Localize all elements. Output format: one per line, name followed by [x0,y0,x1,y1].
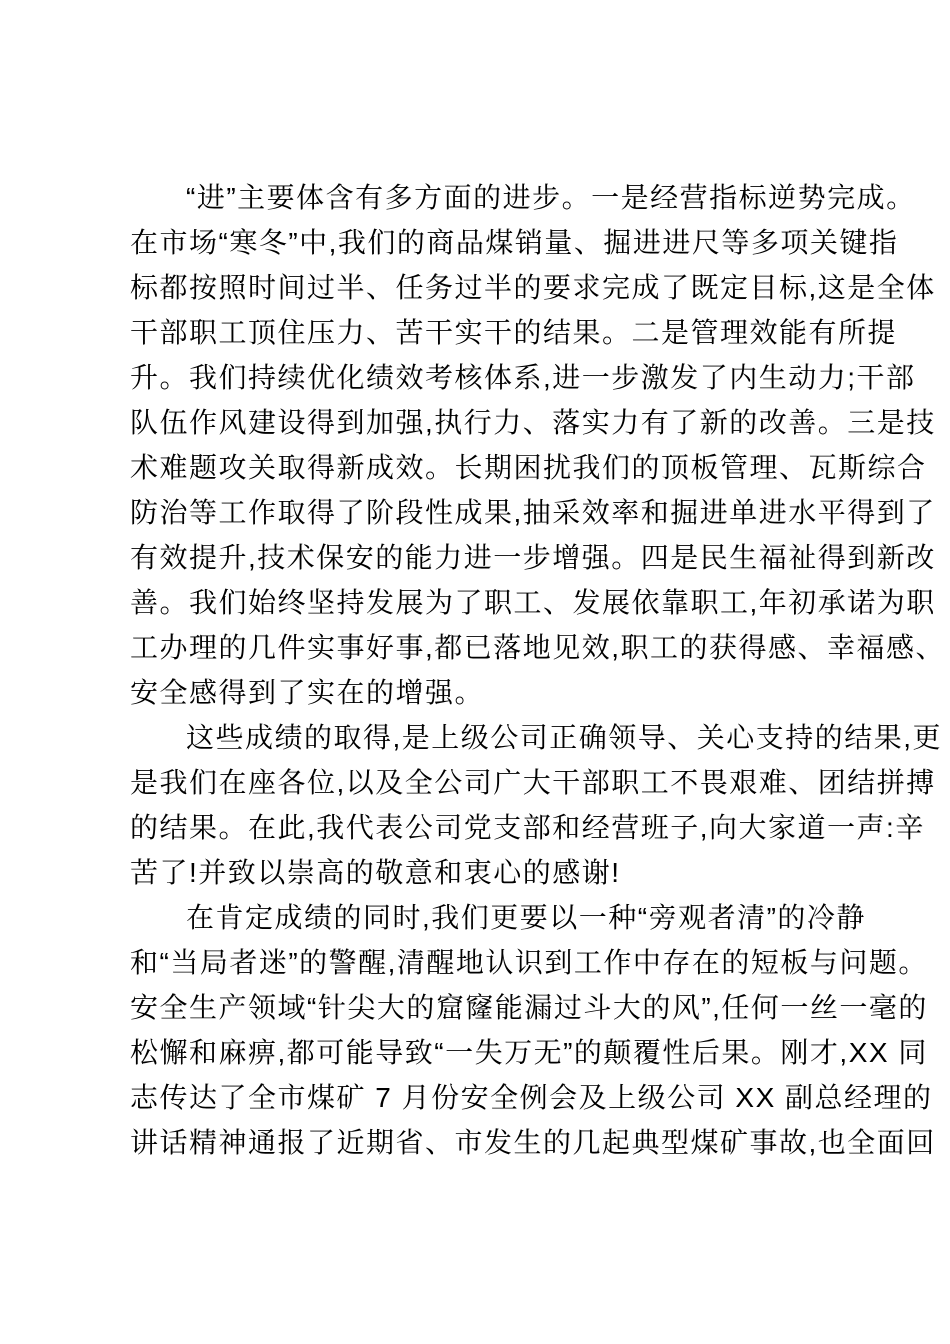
text-line: 安全生产领域“针尖大的窟窿能漏过斗大的风”,任何一丝一毫的 [130,985,842,1030]
text-line: “进”主要体含有多方面的进步。一是经营指标逆势完成。 [130,175,842,220]
paragraph-thanks: 这些成绩的取得,是上级公司正确领导、关心支持的结果,更 是我们在座各位,以及全公… [130,715,842,895]
text-line: 干部职工顶住压力、苦干实干的结果。二是管理效能有所提 [130,310,842,355]
text-line: 升。我们持续优化绩效考核体系,进一步激发了内生动力;干部 [130,355,842,400]
text-line: 和“当局者迷”的警醒,清醒地认识到工作中存在的短板与问题。 [130,940,842,985]
text-line: 防治等工作取得了阶段性成果,抽采效率和掘进单进水平得到了 [130,490,842,535]
paragraph-problems: 在肯定成绩的同时,我们更要以一种“旁观者清”的冷静 和“当局者迷”的警醒,清醒地… [130,895,842,1165]
text-line: 善。我们始终坚持发展为了职工、发展依靠职工,年初承诺为职 [130,580,842,625]
document-page: “进”主要体含有多方面的进步。一是经营指标逆势完成。 在市场“寒冬”中,我们的商… [0,0,950,1344]
text-line: 术难题攻关取得新成效。长期困扰我们的顶板管理、瓦斯综合 [130,445,842,490]
paragraph-achievements: “进”主要体含有多方面的进步。一是经营指标逆势完成。 在市场“寒冬”中,我们的商… [130,175,842,715]
text-line: 的结果。在此,我代表公司党支部和经营班子,向大家道一声:辛 [130,805,842,850]
text-line: 在市场“寒冬”中,我们的商品煤销量、掘进进尺等多项关键指 [130,220,842,265]
text-line: 安全感得到了实在的增强。 [130,670,842,715]
text-line: 标都按照时间过半、任务过半的要求完成了既定目标,这是全体 [130,265,842,310]
text-line: 松懈和麻痹,都可能导致“一失万无”的颠覆性后果。刚才,XX 同 [130,1030,842,1075]
document-text-block: “进”主要体含有多方面的进步。一是经营指标逆势完成。 在市场“寒冬”中,我们的商… [130,175,842,1165]
text-line: 是我们在座各位,以及全公司广大干部职工不畏艰难、团结拼搏 [130,760,842,805]
text-line: 在肯定成绩的同时,我们更要以一种“旁观者清”的冷静 [130,895,842,940]
text-line: 工办理的几件实事好事,都已落地见效,职工的获得感、幸福感、 [130,625,842,670]
text-line: 这些成绩的取得,是上级公司正确领导、关心支持的结果,更 [130,715,842,760]
text-line: 志传达了全市煤矿 7 月份安全例会及上级公司 XX 副总经理的 [130,1075,842,1120]
text-line: 苦了!并致以崇高的敬意和衷心的感谢! [130,850,842,895]
text-line: 讲话精神通报了近期省、市发生的几起典型煤矿事故,也全面回 [130,1120,842,1165]
text-line: 有效提升,技术保安的能力进一步增强。四是民生福祉得到新改 [130,535,842,580]
text-line: 队伍作风建设得到加强,执行力、落实力有了新的改善。三是技 [130,400,842,445]
